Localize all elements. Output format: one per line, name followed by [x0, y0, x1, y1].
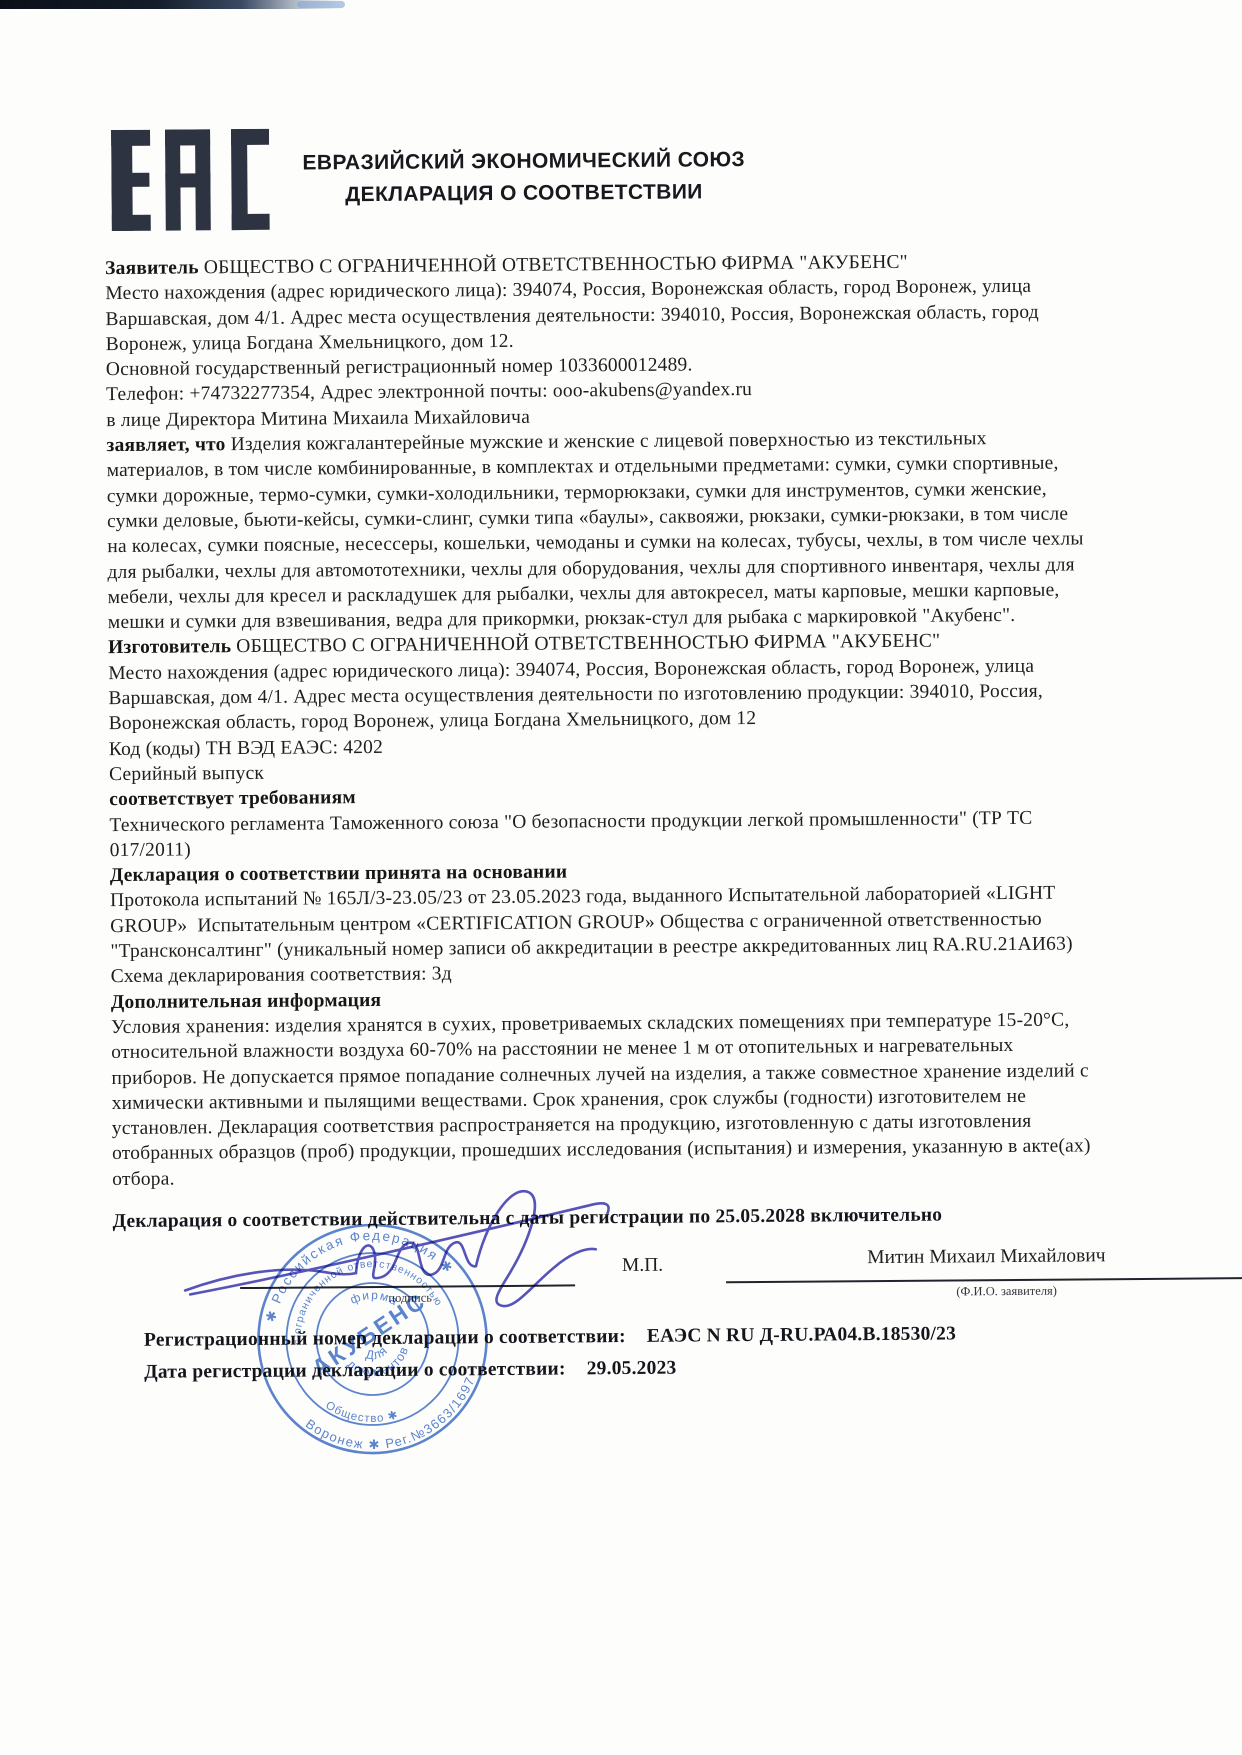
- applicant-name: Митин Михаил Михайлович: [726, 1244, 1242, 1270]
- eac-logo-icon: [111, 129, 270, 233]
- title-declaration: ДЕКЛАРАЦИЯ О СООТВЕТСТВИИ: [251, 180, 796, 207]
- scanned-declaration-page: ЕВРАЗИЙСКИЙ ЭКОНОМИЧЕСКИЙ СОЮЗ ДЕКЛАРАЦИ…: [0, 0, 1242, 1755]
- title-union: ЕВРАЗИЙСКИЙ ЭКОНОМИЧЕСКИЙ СОЮЗ: [251, 148, 796, 175]
- document-content: ЕВРАЗИЙСКИЙ ЭКОНОМИЧЕСКИЙ СОЮЗ ДЕКЛАРАЦИ…: [0, 0, 1242, 1755]
- registration-date-value: 29.05.2023: [587, 1358, 677, 1380]
- registration-number-value: ЕАЭС N RU Д-RU.РА04.В.18530/23: [647, 1323, 956, 1346]
- applicant-name-caption: (Ф.И.О. заявителя): [746, 1282, 1242, 1301]
- document-body: Заявитель ОБЩЕСТВО С ОГРАНИЧЕННОЙ ОТВЕТС…: [105, 248, 1091, 1192]
- handwritten-signature: [159, 1179, 630, 1333]
- document-title: ЕВРАЗИЙСКИЙ ЭКОНОМИЧЕСКИЙ СОЮЗ ДЕКЛАРАЦИ…: [251, 148, 796, 207]
